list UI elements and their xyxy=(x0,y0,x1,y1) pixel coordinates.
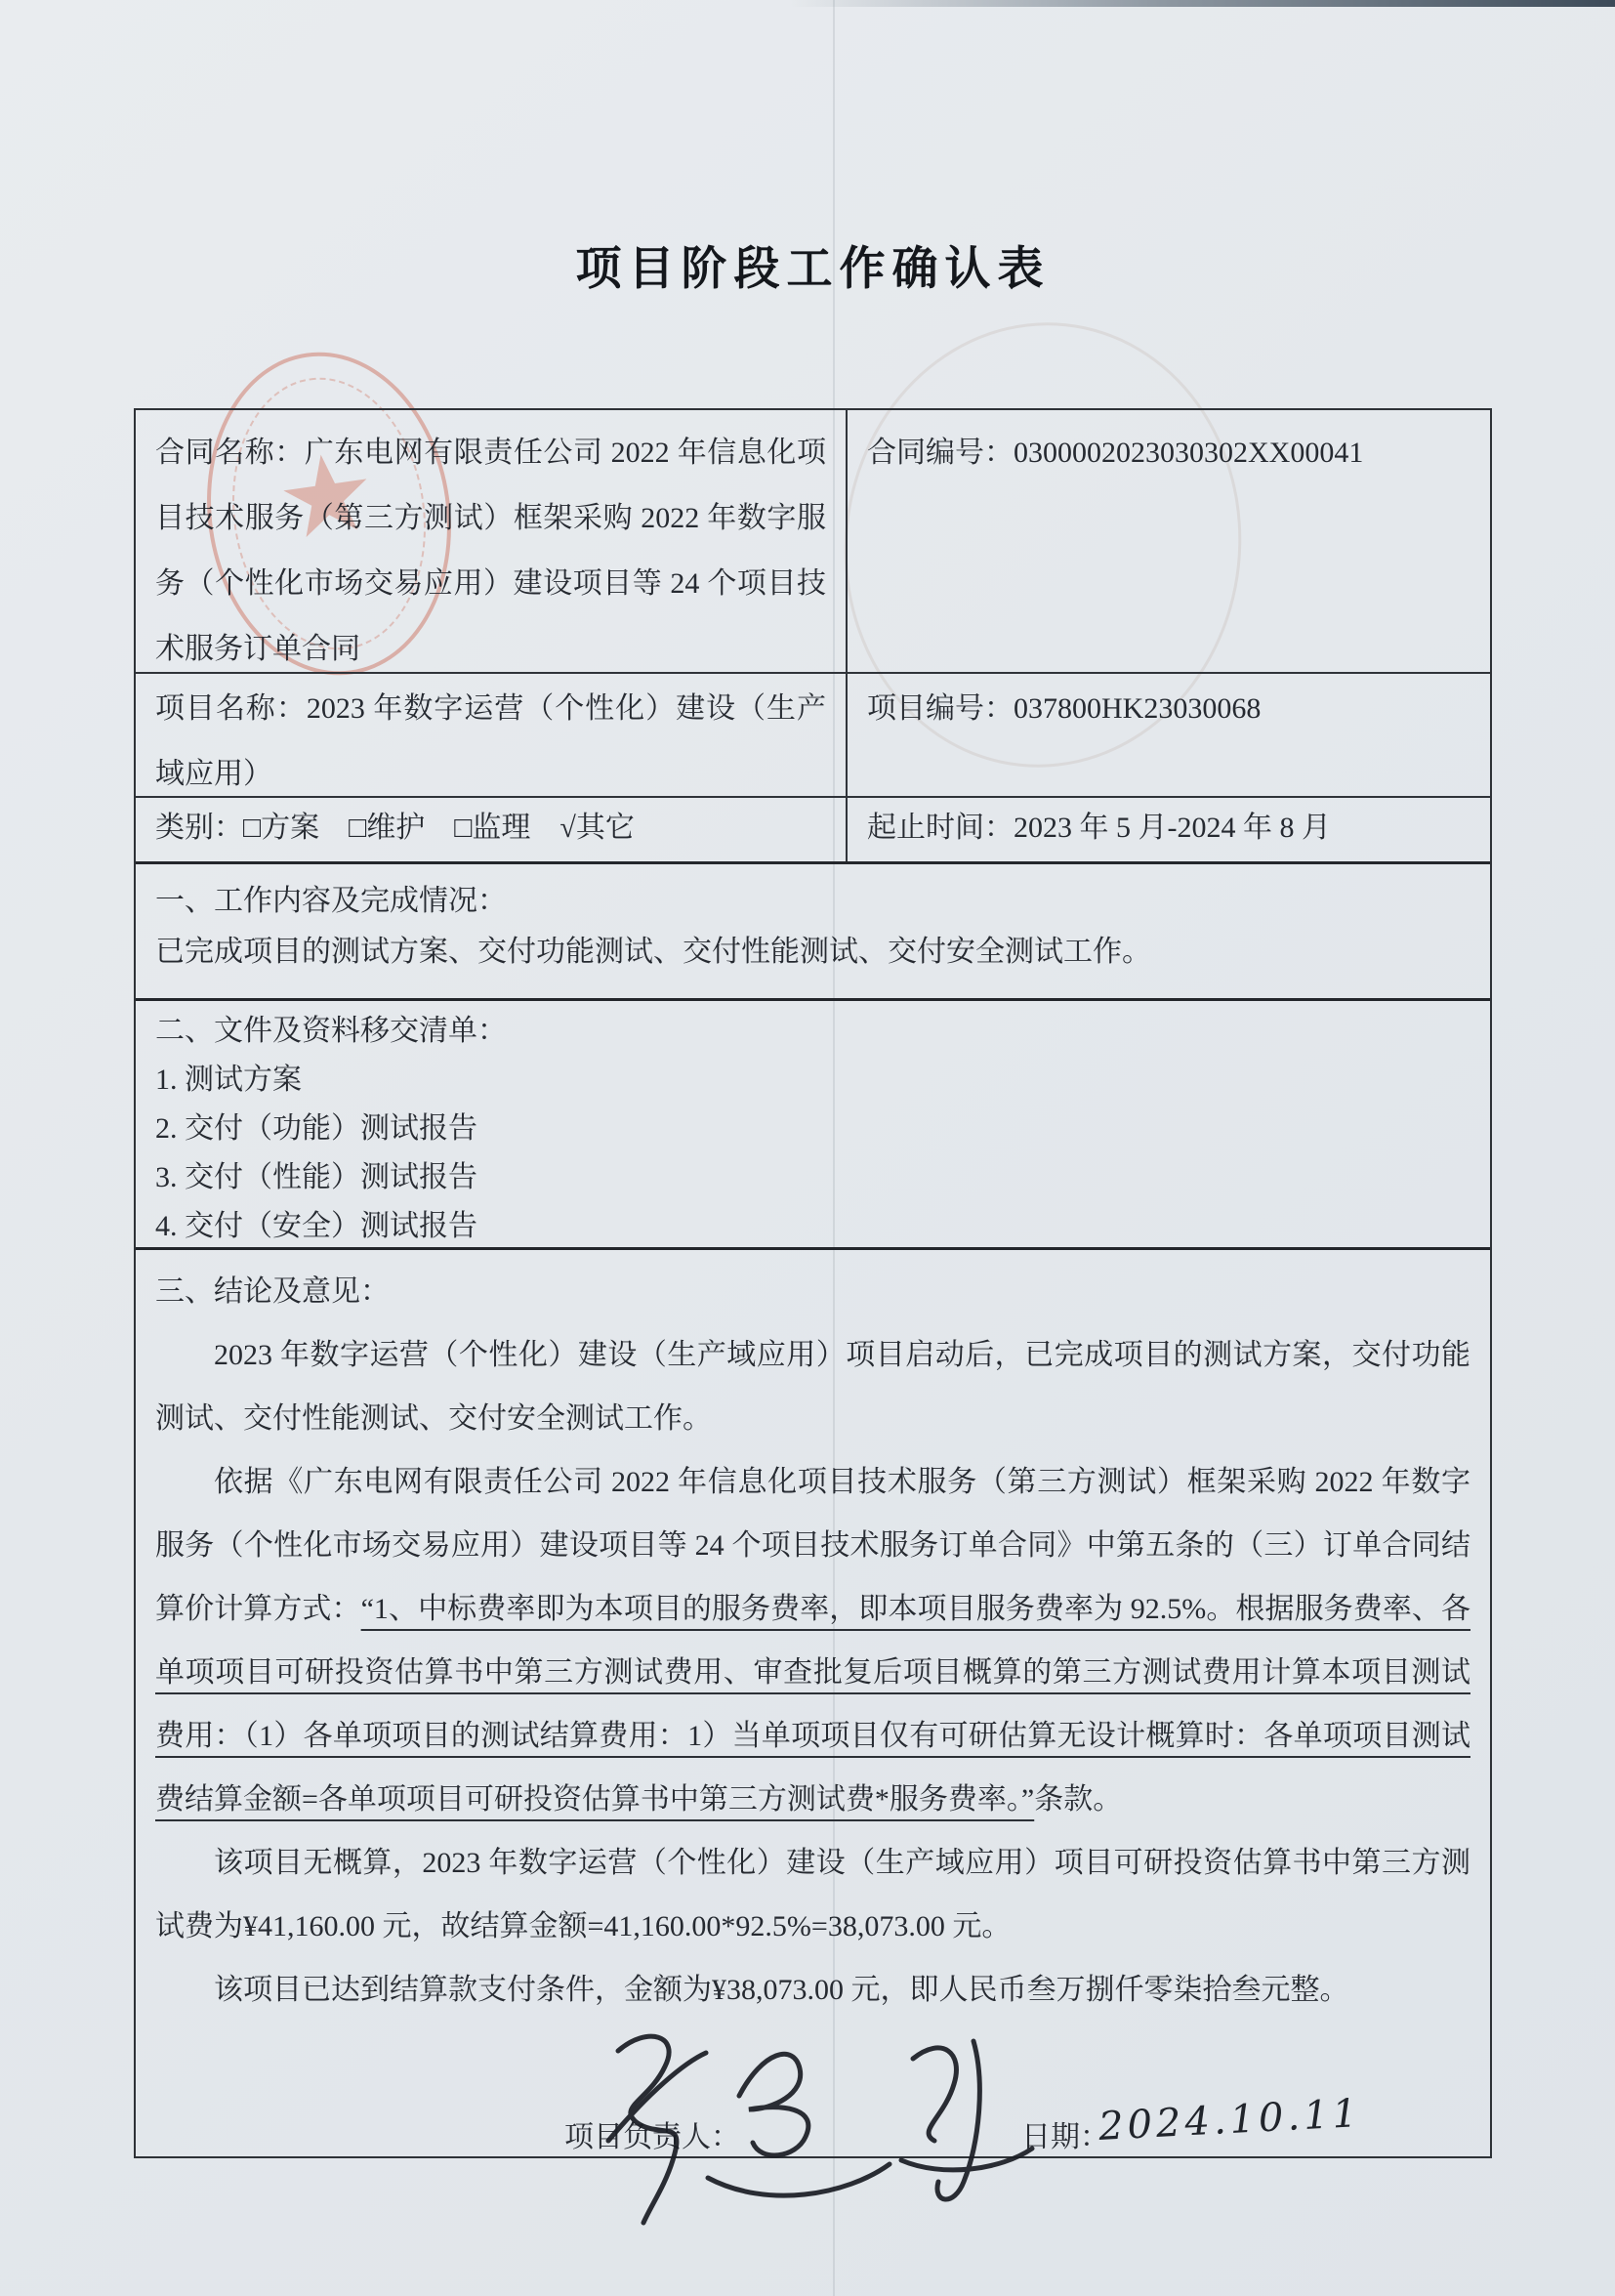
duration-text: 起止时间：2023 年 5 月-2024 年 8 月 xyxy=(867,798,1470,858)
scanned-document-page: 项目阶段工作确认表 ★ 合同名称：广东电网有限责任公司 2022 年信息化项目技… xyxy=(0,0,1615,2296)
contract-number-label: 合同编号： xyxy=(867,437,1014,469)
contract-row: 合同名称：广东电网有限责任公司 2022 年信息化项目技术服务（第三方测试）框架… xyxy=(136,410,1490,672)
conclusion-paragraph-3: 该项目无概算，2023 年数字运营（个性化）建设（生产域应用）项目可研投资估算书… xyxy=(155,1831,1470,1958)
confirmation-table: 合同名称：广东电网有限责任公司 2022 年信息化项目技术服务（第三方测试）框架… xyxy=(134,408,1492,2158)
signature-date-label: 日期： xyxy=(1021,2112,1109,2155)
conclusion-cell: 三、结论及意见： 2023 年数字运营（个性化）建设（生产域应用）项目启动后，已… xyxy=(136,1250,1490,2022)
project-number-cell: 项目编号：037800HK23030068 xyxy=(848,674,1490,796)
contract-number-text: 合同编号：0300002023030302XX00041 xyxy=(867,420,1470,485)
handover-item: 2. 交付（功能）测试报告 xyxy=(155,1105,1470,1153)
conclusion-paragraph-2: 依据《广东电网有限责任公司 2022 年信息化项目技术服务（第三方测试）框架采购… xyxy=(155,1450,1470,1831)
handover-item: 3. 交付（性能）测试报告 xyxy=(155,1153,1470,1202)
category-text: 类别：□方案 □维护 □监理 √其它 xyxy=(155,798,826,858)
duration-value: 2023 年 5 月-2024 年 8 月 xyxy=(1014,812,1331,844)
work-content-section: 一、工作内容及完成情况： 已完成项目的测试方案、交付功能测试、交付性能测试、交付… xyxy=(136,861,1490,998)
conclusion-heading: 三、结论及意见： xyxy=(155,1260,1470,1323)
work-content-cell: 一、工作内容及完成情况： 已完成项目的测试方案、交付功能测试、交付性能测试、交付… xyxy=(136,864,1490,978)
handover-list-section: 二、文件及资料移交清单： 1. 测试方案 2. 交付（功能）测试报告 3. 交付… xyxy=(136,998,1490,1247)
contract-name-cell: 合同名称：广东电网有限责任公司 2022 年信息化项目技术服务（第三方测试）框架… xyxy=(136,410,848,672)
duration-cell: 起止时间：2023 年 5 月-2024 年 8 月 xyxy=(848,798,1490,861)
duration-label: 起止时间： xyxy=(867,812,1014,844)
handover-list-cell: 二、文件及资料移交清单： 1. 测试方案 2. 交付（功能）测试报告 3. 交付… xyxy=(136,1001,1490,1251)
conclusion-paragraph-1: 2023 年数字运营（个性化）建设（生产域应用）项目启动后，已完成项目的测试方案… xyxy=(155,1323,1470,1450)
work-content-body: 已完成项目的测试方案、交付功能测试、交付性能测试、交付安全测试工作。 xyxy=(155,927,1470,978)
contract-name-text: 合同名称：广东电网有限责任公司 2022 年信息化项目技术服务（第三方测试）框架… xyxy=(155,420,826,682)
handover-item: 1. 测试方案 xyxy=(155,1056,1470,1105)
handwritten-signature xyxy=(591,2024,1050,2229)
work-content-heading: 一、工作内容及完成情况： xyxy=(155,876,1470,927)
category-row: 类别：□方案 □维护 □监理 √其它 起止时间：2023 年 5 月-2024 … xyxy=(136,796,1490,861)
contract-name-label: 合同名称： xyxy=(155,437,305,469)
clause-suffix: 条款。 xyxy=(1034,1783,1122,1816)
conclusion-section: 三、结论及意见： 2023 年数字运营（个性化）建设（生产域应用）项目启动后，已… xyxy=(136,1247,1490,2156)
page-title: 项目阶段工作确认表 xyxy=(134,232,1492,298)
contract-number-value: 0300002023030302XX00041 xyxy=(1014,437,1363,469)
project-number-label: 项目编号： xyxy=(867,692,1014,725)
handover-heading: 二、文件及资料移交清单： xyxy=(155,1007,1470,1056)
category-cell: 类别：□方案 □维护 □监理 √其它 xyxy=(136,798,848,861)
category-label: 类别： xyxy=(155,812,243,844)
category-options: □方案 □维护 □监理 √其它 xyxy=(243,812,635,844)
handover-item: 4. 交付（安全）测试报告 xyxy=(155,1202,1470,1251)
underlined-clause: “1、中标费率即为本项目的服务费率，即本项目服务费率为 92.5%。根据服务费率… xyxy=(155,1593,1470,1816)
project-number-text: 项目编号：037800HK23030068 xyxy=(867,676,1470,741)
contract-name-value: 广东电网有限责任公司 2022 年信息化项目技术服务（第三方测试）框架采购 20… xyxy=(155,437,826,665)
project-name-cell: 项目名称：2023 年数字运营（个性化）建设（生产域应用） xyxy=(136,674,848,796)
project-row: 项目名称：2023 年数字运营（个性化）建设（生产域应用） 项目编号：03780… xyxy=(136,672,1490,796)
project-number-value: 037800HK23030068 xyxy=(1014,692,1261,725)
contract-number-cell: 合同编号：0300002023030302XX00041 xyxy=(848,410,1490,672)
project-name-text: 项目名称：2023 年数字运营（个性化）建设（生产域应用） xyxy=(155,676,826,807)
scan-edge-shadow xyxy=(790,0,1615,7)
project-name-label: 项目名称： xyxy=(155,692,307,725)
conclusion-paragraph-4: 该项目已达到结算款支付条件，金额为¥38,073.00 元，即人民币叁万捌仟零柒… xyxy=(155,1958,1470,2022)
